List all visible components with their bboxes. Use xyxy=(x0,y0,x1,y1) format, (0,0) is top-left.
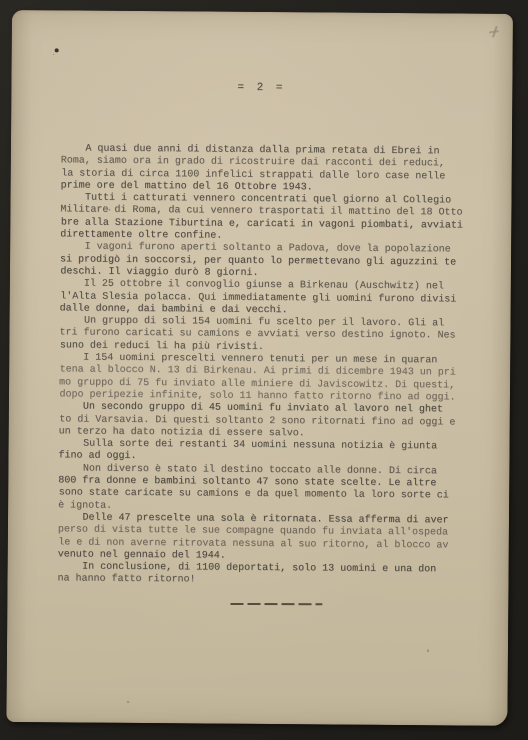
paper-speck xyxy=(427,649,429,652)
page-number: = 2 = xyxy=(61,80,461,95)
paper-speck xyxy=(55,48,59,52)
end-separator xyxy=(230,603,322,605)
document-page: = 2 = A quasi due anni di distanza dalla… xyxy=(6,10,513,726)
text-line: na hanno fatto ritorno! xyxy=(57,574,469,590)
pencil-mark xyxy=(488,24,502,42)
paper-speck xyxy=(127,701,130,703)
document-body: A quasi due anni di distanza dalla prima… xyxy=(57,143,472,589)
